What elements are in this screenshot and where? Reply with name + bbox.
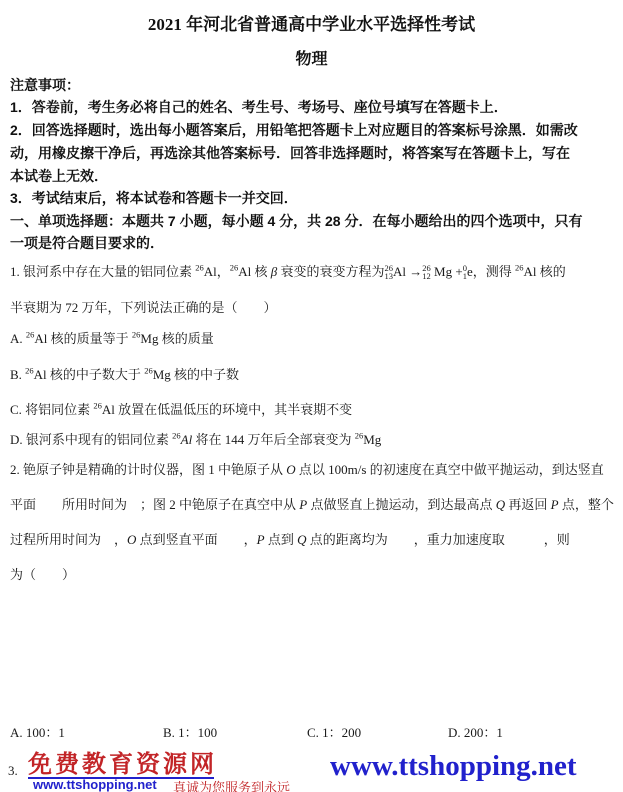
question-1-line-2: 半衰期为 72 万年，下列说法正确的是（ ）: [10, 297, 277, 316]
notice-item-3: 3．考试结束后，将本试卷和答题卡一并交回．: [10, 188, 298, 208]
section-heading-line-1: 一、单项选择题：本题共 7 小题，每小题 4 分，共 28 分．在每小题给出的四…: [10, 211, 582, 231]
question-2-option-a: A. 100：1: [10, 722, 65, 741]
notice-heading: 注意事项：: [10, 75, 80, 95]
question-1-option-a: A. 26Al 核的质量等于 26Mg 核的质量: [10, 328, 214, 347]
subject-title: 物理: [0, 46, 623, 69]
question-2-option-b: B. 1：100: [163, 722, 217, 741]
watermark-slogan: 真诚为您服务到永远: [173, 777, 290, 792]
question-1-option-d: D. 银河系中现有的铝同位素 26Al 将在 144 万年后全部衰变为 26Mg: [10, 429, 381, 448]
question-1-option-b: B. 26Al 核的中子数大于 26Mg 核的中子数: [10, 364, 239, 383]
question-2-option-d: D. 200：1: [448, 722, 503, 741]
section-heading-line-2: 一项是符合题目要求的．: [10, 233, 164, 253]
notice-item-2-line-3: 本试卷上无效．: [10, 166, 108, 186]
notice-item-2-line-1: 2．回答选择题时，选出每小题答案后，用铅笔把答题卡上对应题目的答案标号涂黑．如需…: [10, 120, 578, 140]
question-2-line-2: 平面 所用时间为 ；图 2 中铯原子在真空中从 P 点做竖直上抛运动，到达最高点…: [10, 494, 614, 513]
question-2-line-4: 为（ ）: [10, 564, 75, 583]
notice-item-1: 1．答卷前，考生务必将自己的姓名、考生号、考场号、座位号填写在答题卡上．: [10, 97, 508, 117]
question-1-line-1: 1. 银河系中存在大量的铝同位素 26Al，26Al 核 β 衰变的衰变方程为2…: [10, 261, 566, 280]
watermark-brand: 免费教育资源网: [28, 744, 217, 779]
question-2-line-1: 2. 铯原子钟是精确的计时仪器，图 1 中铯原子从 O 点以 100m/s 的初…: [10, 459, 604, 478]
page-title: 2021 年河北省普通高中学业水平选择性考试: [0, 10, 623, 35]
watermark-site-link-small: www.ttshopping.net: [33, 777, 157, 792]
question-3-number: 3.: [8, 763, 18, 779]
question-2-line-3: 过程所用时间为 ，O 点到竖直平面 ，P 点到 Q 点的距离均为 ，重力加速度取…: [10, 529, 570, 548]
question-1-option-c: C. 将铝同位素 26Al 放置在低温低压的环境中，其半衰期不变: [10, 399, 352, 418]
question-2-option-c: C. 1：200: [307, 722, 361, 741]
exam-document: 2021 年河北省普通高中学业水平选择性考试 物理 注意事项： 1．答卷前，考生…: [0, 0, 623, 792]
notice-item-2-line-2: 动，用橡皮擦干净后，再选涂其他答案标号．回答非选择题时，将答案写在答题卡上，写在: [10, 143, 570, 163]
watermark-site-link-large: www.ttshopping.net: [330, 750, 577, 783]
